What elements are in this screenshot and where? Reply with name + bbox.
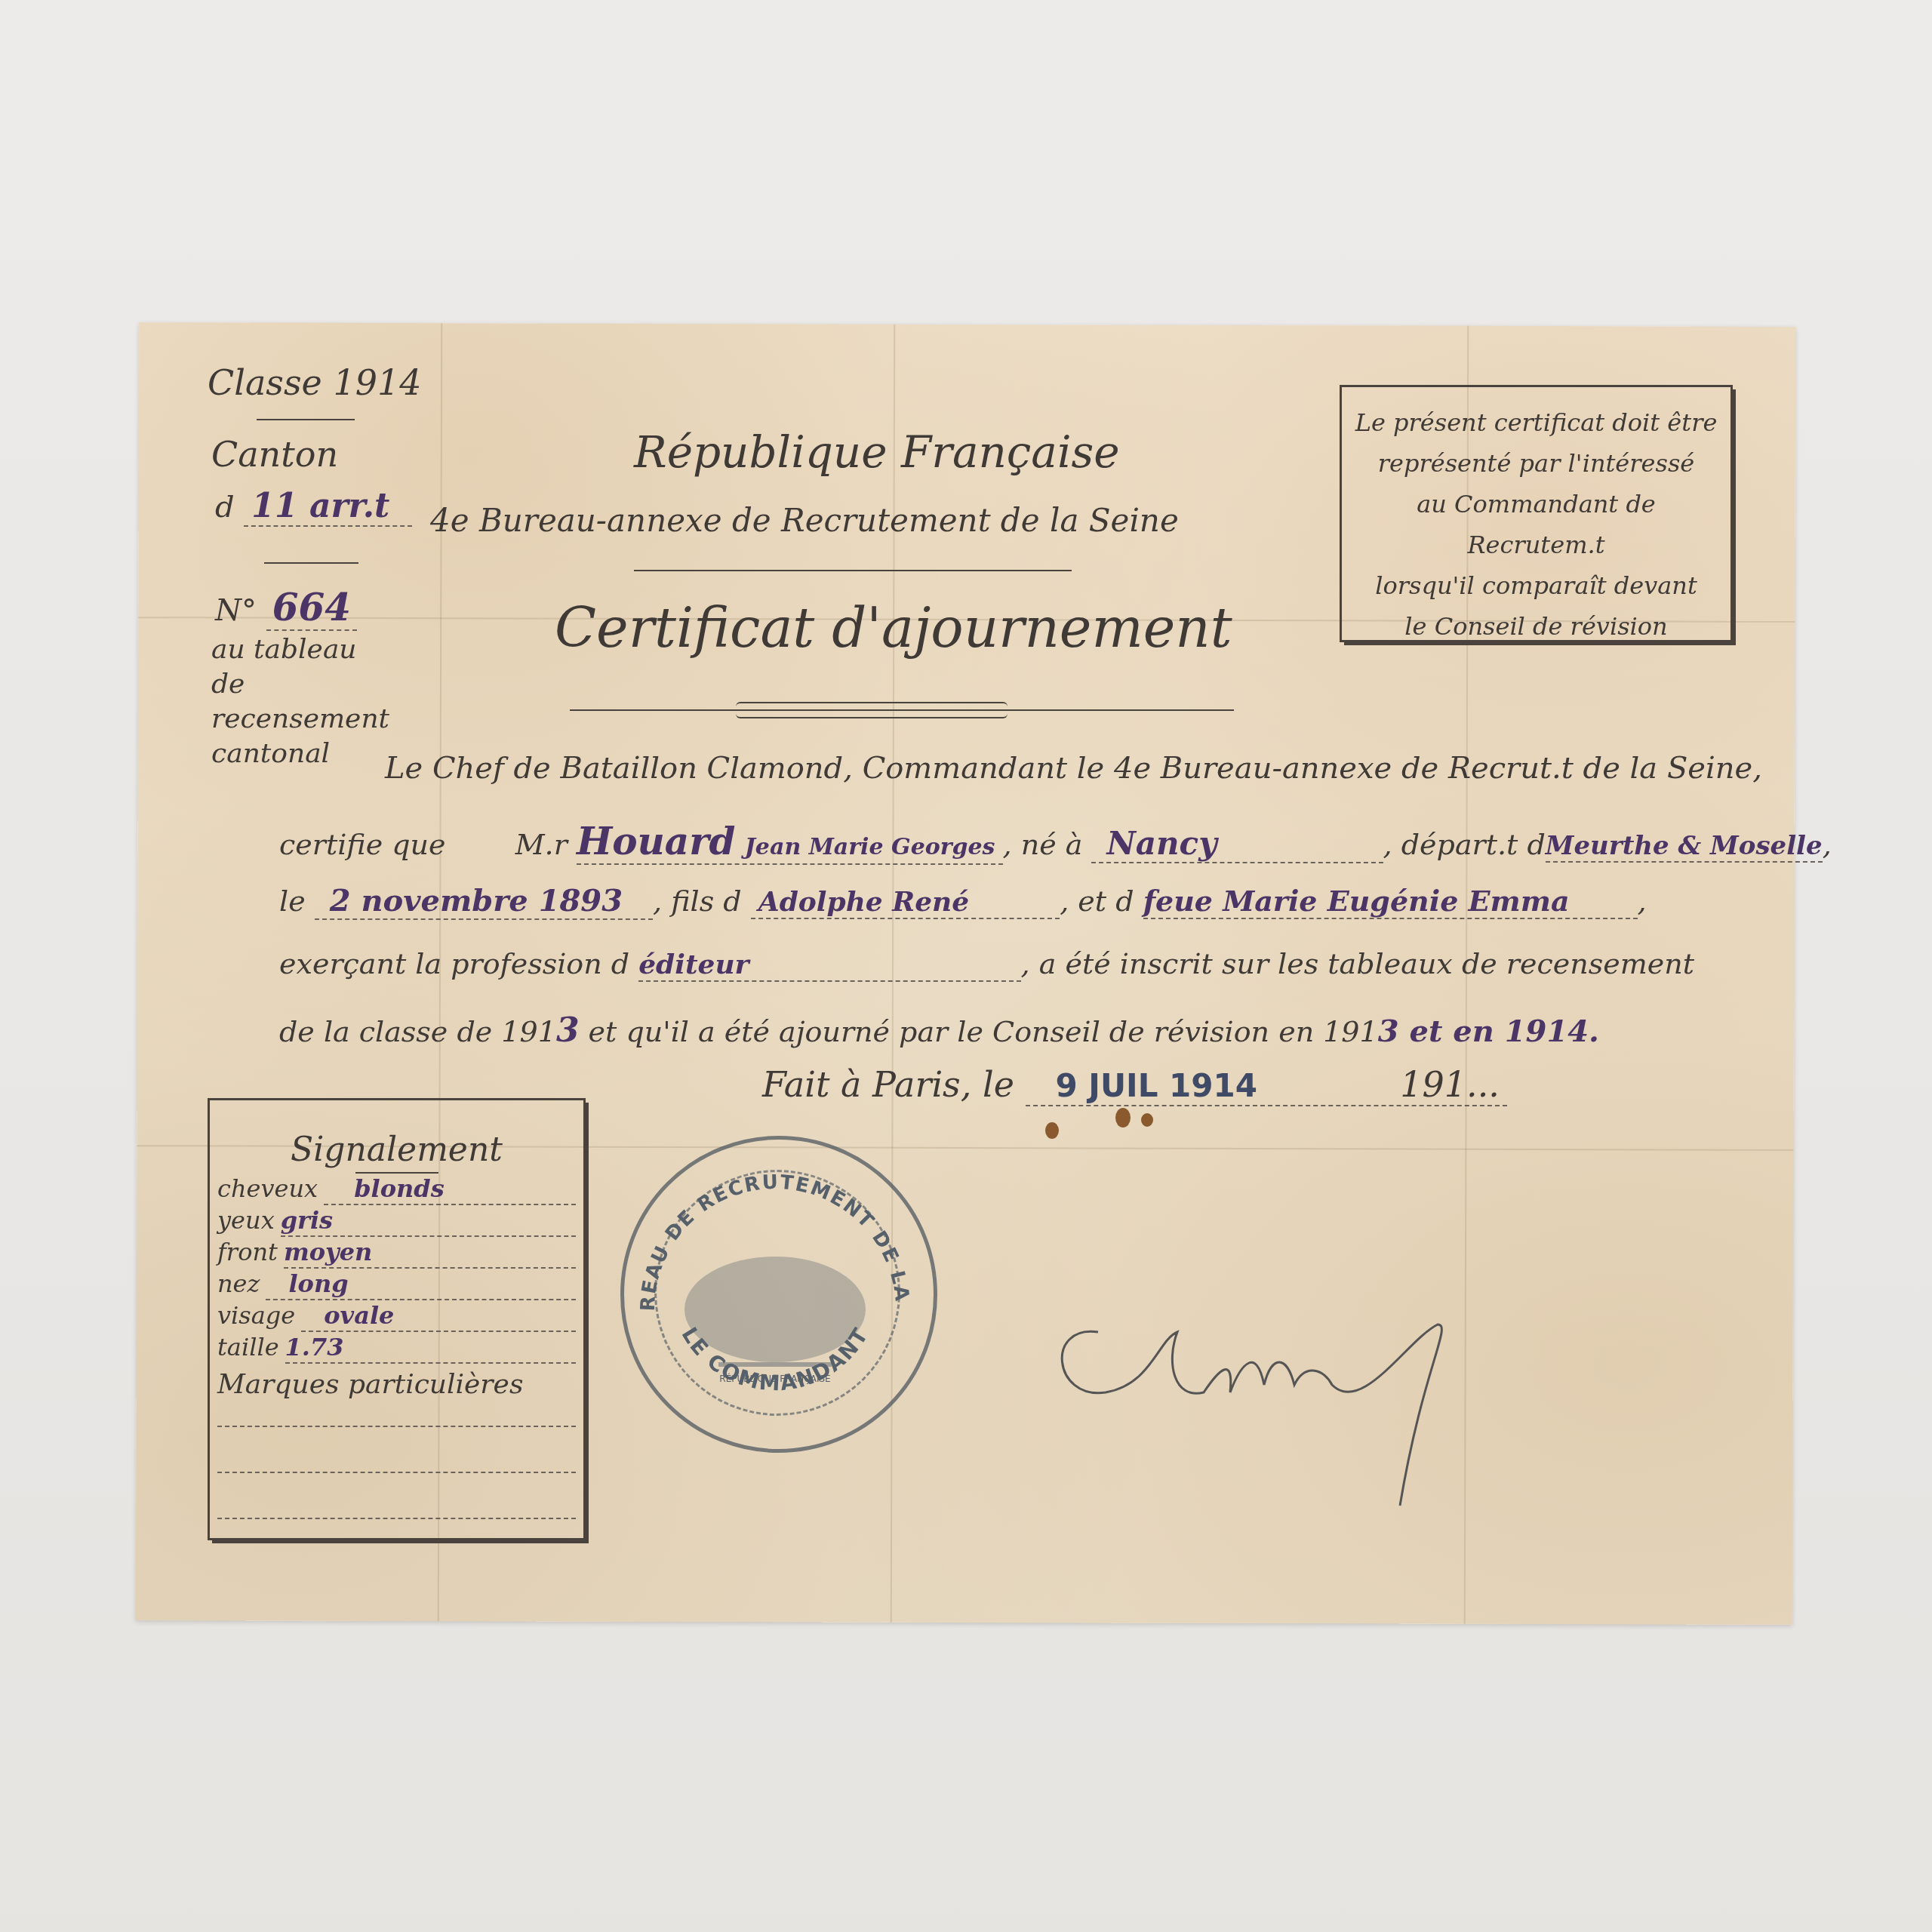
page-title: Certificat d'ajournement bbox=[555, 596, 1232, 660]
official-seal: 4e BUREAU DE RECRUTEMENT DE LA SEINE LE … bbox=[620, 1136, 937, 1453]
divider bbox=[264, 562, 358, 564]
blank-line bbox=[217, 1434, 576, 1473]
notice-line: Le présent certificat doit être bbox=[1351, 402, 1721, 443]
signalement-row: taille1.73 bbox=[217, 1332, 576, 1364]
given-names: Jean Marie Georges bbox=[745, 834, 995, 860]
canton-label: Canton bbox=[211, 434, 338, 475]
classe-line: Classe 1914 bbox=[208, 362, 421, 403]
body-line-identity: certifie que M.r Houard Jean Marie Georg… bbox=[279, 819, 1832, 865]
numero-suffix: au tableau de recensement cantonal bbox=[211, 632, 392, 771]
body-line-classe: de la classe de 1913 et qu'il a été ajou… bbox=[279, 1011, 1599, 1050]
date-stamp: 9 JUIL 1914 bbox=[1056, 1067, 1257, 1104]
birth-date: 2 novembre 1893 bbox=[315, 883, 653, 920]
notice-line: représenté par l'intéressé bbox=[1351, 443, 1721, 484]
revision-years: 3 et en 1914. bbox=[1378, 1014, 1599, 1049]
numero-line: N° 664 bbox=[215, 585, 357, 631]
father-name: Adolphe René bbox=[751, 886, 1060, 919]
signalement-row: frontmoyen bbox=[217, 1237, 576, 1269]
divider bbox=[634, 570, 1072, 571]
blank-line bbox=[217, 1400, 576, 1427]
canton-line: d 11 arr.t bbox=[215, 487, 412, 527]
birthplace: Nancy bbox=[1091, 825, 1383, 863]
signalement-row: nezlong bbox=[217, 1269, 576, 1300]
signalement-row: visageovale bbox=[217, 1300, 576, 1332]
notice-line: au Commandant de Recrutem.t bbox=[1351, 484, 1721, 565]
signalement-row: cheveuxblonds bbox=[217, 1174, 576, 1205]
bureau-heading: 4e Bureau-annexe de Recrutement de la Se… bbox=[430, 502, 1179, 539]
marques-label: Marques particulières bbox=[217, 1370, 576, 1400]
numero-value: 664 bbox=[266, 585, 357, 631]
canton-value: 11 arr.t bbox=[244, 487, 412, 527]
mother-name: feue Marie Eugénie Emma bbox=[1143, 884, 1638, 919]
surname: Houard bbox=[577, 819, 736, 863]
signalement-box: Signalement cheveuxblonds yeuxgris front… bbox=[208, 1098, 586, 1540]
ink-stain bbox=[1115, 1108, 1131, 1128]
notice-box: Le présent certificat doit être représen… bbox=[1340, 385, 1733, 642]
divider bbox=[257, 419, 355, 420]
notice-line: le Conseil de révision bbox=[1351, 606, 1721, 647]
blank-line bbox=[217, 1480, 576, 1519]
department: Meurthe & Moselle bbox=[1546, 831, 1823, 863]
ink-stain bbox=[1141, 1113, 1153, 1127]
title-flourish bbox=[736, 702, 1008, 718]
notice-line: lorsqu'il comparaît devant bbox=[1351, 565, 1721, 606]
signature: Clamond bbox=[1045, 1309, 1468, 1536]
classe-digit: 3 bbox=[556, 1011, 580, 1050]
body-line-parents: le 2 novembre 1893, fils d Adolphe René,… bbox=[279, 883, 1647, 920]
body-line-profession: exerçant la profession d éditeur, a été … bbox=[279, 947, 1694, 982]
ink-stain bbox=[1045, 1122, 1059, 1139]
body-intro: Le Chef de Bataillon Clamond, Commandant… bbox=[385, 751, 1762, 786]
profession: éditeur bbox=[638, 949, 1020, 982]
fait-line: Fait à Paris, le 9 JUIL 1914 191... bbox=[762, 1064, 1507, 1106]
svg-text:Clamond: Clamond bbox=[1045, 1309, 1049, 1310]
seal-text: 4e BUREAU DE RECRUTEMENT DE LA SEINE LE … bbox=[620, 1136, 930, 1445]
republic-heading: République Française bbox=[634, 426, 1120, 478]
signalement-title: Signalement bbox=[210, 1131, 583, 1169]
svg-text:RÉPUBLIQUE FRANÇAISE: RÉPUBLIQUE FRANÇAISE bbox=[719, 1373, 830, 1384]
signalement-row: yeuxgris bbox=[217, 1205, 576, 1237]
